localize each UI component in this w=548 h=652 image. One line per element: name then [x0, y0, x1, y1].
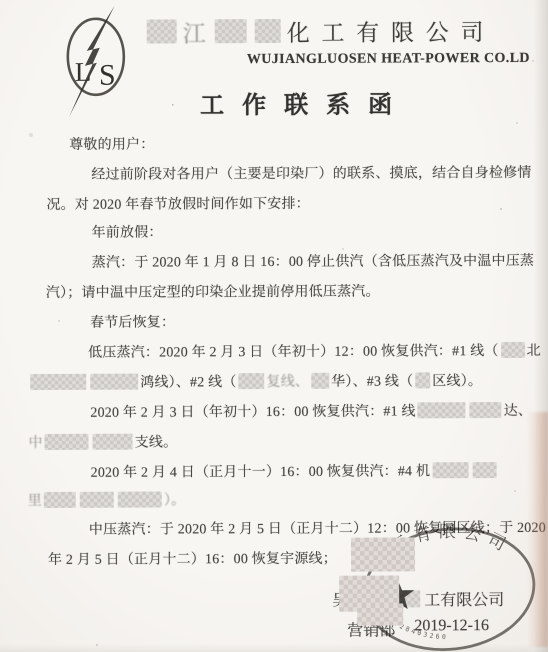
text-segment: 支线。 — [135, 431, 178, 451]
text-segment: 低压蒸汽：2020 年 2 月 3 日（年初十）12：00 恢复供汽：#1 线（ — [88, 340, 499, 362]
seal-redaction-mosaic — [351, 537, 415, 571]
scan-dot-artifact: · — [171, 99, 175, 111]
redacted-segment — [44, 492, 76, 508]
redacted-segment — [432, 462, 468, 478]
text-segment: 况。对 2020 年春节放假时间作如下安排： — [46, 193, 309, 214]
scan-edge-shadow-right — [534, 0, 548, 652]
redacted-segment — [470, 402, 502, 418]
document-line: 况。对 2020 年春节放假时间作如下安排： — [46, 193, 309, 214]
document-line: 经过前阶段对各用户（主要是印染厂）的联系、摸底，结合自身检修情 — [91, 162, 531, 184]
document-line: 2020 年 2 月 4 日（正月十一）16：00 恢复供汽：#4 机 — [91, 460, 499, 482]
redacted-segment — [93, 434, 133, 450]
text-segment: 里 — [28, 490, 42, 510]
text-segment: 汽）；请中温中压定型的印染企业提前停用低压蒸汽。 — [46, 281, 380, 302]
text-segment: 化 工 有 限 公 司 — [287, 14, 487, 48]
text-segment: 年 2 月 5 日（正月十二）16：00 恢复宇源线； — [48, 548, 337, 569]
redacted-segment — [45, 434, 89, 450]
company-name-cn: 江化 工 有 限 公 司 — [145, 15, 487, 46]
company-name-en: WUJIANGLUOSEN HEAT-POWER CO.LD — [247, 51, 530, 68]
document-line: 里）。 — [28, 489, 186, 510]
scan-edge-shadow-bottom — [0, 644, 548, 652]
text-segment: 鸿线）、#2 线（ — [140, 371, 236, 391]
redacted-segment — [147, 19, 177, 43]
redacted-segment — [80, 492, 114, 508]
text-segment: 区线）。 — [432, 370, 482, 390]
text-segment: ）。 — [164, 489, 185, 509]
document-line: 年前放假： — [92, 221, 163, 241]
document-line: 汽）；请中温中压定型的印染企业提前停用低压蒸汽。 — [46, 281, 380, 302]
redacted-segment — [472, 462, 496, 478]
document-content: L S 江化 工 有 限 公 司 WUJIANGLUOSEN HEAT-POWE… — [0, 0, 548, 652]
text-segment: 经过前阶段对各用户（主要是印染厂）的联系、摸底，结合自身检修情 — [91, 162, 531, 184]
text-segment: 复线、 — [267, 371, 310, 391]
company-logo: L S — [57, 5, 136, 123]
logo-letter-s: S — [99, 59, 116, 92]
text-segment: 蒸汽：于 2020 年 1 月 8 日 16：00 停止供汽（含低压蒸汽及中温中… — [92, 250, 534, 272]
redacted-segment — [30, 374, 86, 390]
redacted-segment — [90, 374, 138, 390]
redacted-segment — [418, 402, 466, 418]
text-segment: 年前放假： — [92, 221, 163, 241]
document-line: 蒸汽：于 2020 年 1 月 8 日 16：00 停止供汽（含低压蒸汽及中温中… — [92, 250, 534, 272]
document-line: 2020 年 2 月 3 日（年初十）16：00 恢复供汽：#1 线达、 — [90, 400, 532, 422]
redacted-segment — [255, 19, 281, 43]
text-segment: 春节后恢复： — [90, 311, 175, 331]
document-body: 尊敬的用户：经过前阶段对各用户（主要是印染厂）的联系、摸底，结合自身检修情况。对… — [0, 0, 547, 1]
scan-noise-specks — [500, 208, 502, 210]
text-segment: 江 — [183, 15, 209, 48]
text-segment: 华）、#3 线（ — [331, 370, 413, 390]
document-line: 尊敬的用户： — [69, 134, 154, 154]
redacted-segment — [415, 372, 430, 388]
redacted-segment — [118, 491, 162, 507]
document-line: 年 2 月 5 日（正月十二）16：00 恢复宇源线； — [48, 548, 337, 569]
scanned-document-page: L S 江化 工 有 限 公 司 WUJIANGLUOSEN HEAT-POWE… — [0, 0, 548, 652]
text-segment: 2020 年 2 月 3 日（年初十）16：00 恢复供汽：#1 线 — [90, 400, 415, 421]
document-title: 工 作 联 系 函 — [200, 84, 398, 120]
text-segment: 尊敬的用户： — [69, 134, 154, 154]
document-line: 低压蒸汽：2020 年 2 月 3 日（年初十）12：00 恢复供汽：#1 线（… — [88, 340, 541, 362]
document-line: 中支线。 — [28, 431, 177, 452]
document-line: 春节后恢复： — [90, 311, 175, 331]
text-segment: 中 — [28, 432, 42, 452]
logo-letter-l: L — [75, 57, 92, 87]
redacted-segment — [239, 373, 265, 389]
text-segment: 2020 年 2 月 4 日（正月十一）16：00 恢复供汽：#4 机 — [91, 460, 431, 481]
document-line: 鸿线）、#2 线（复线、华）、#3 线（区线）。 — [28, 370, 482, 392]
redacted-segment — [311, 373, 329, 389]
redacted-segment — [501, 342, 525, 358]
redacted-segment — [215, 19, 247, 43]
seal-redaction-mosaic — [357, 603, 403, 625]
